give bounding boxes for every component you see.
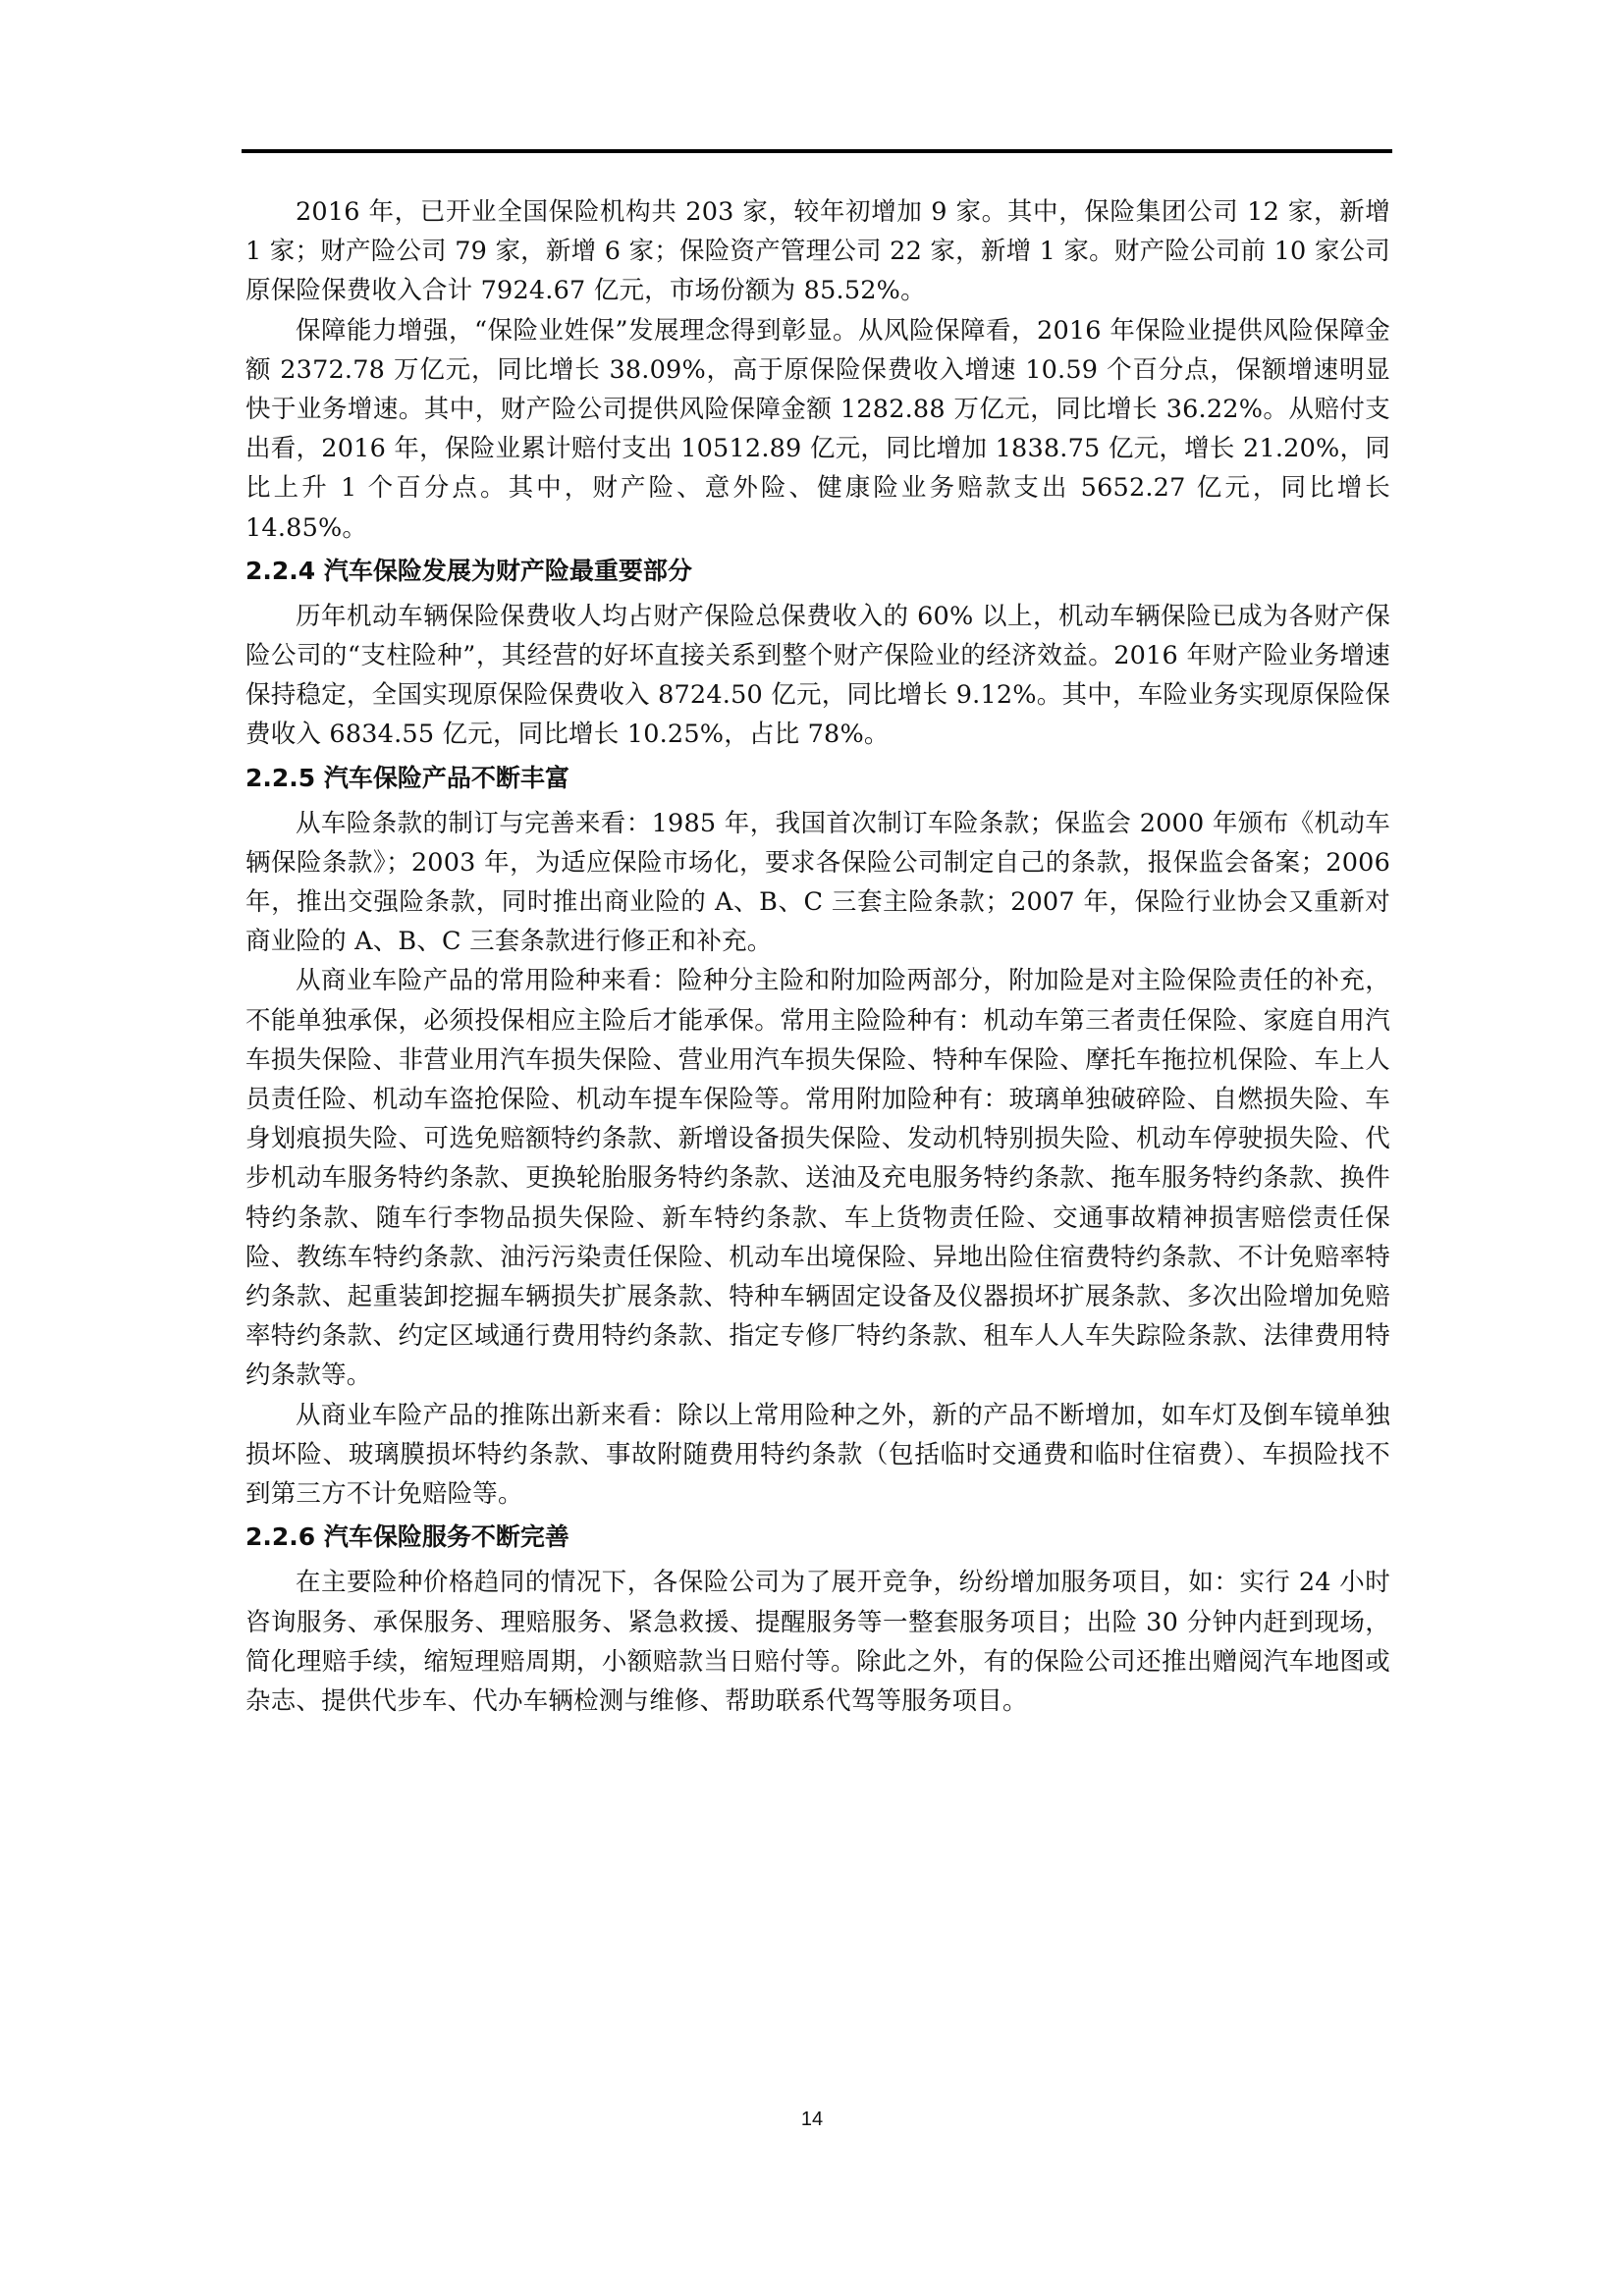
document-body: 2016 年，已开业全国保险机构共 203 家，较年初增加 9 家。其中，保险集… [245,192,1390,1721]
page-number: 14 [0,2109,1624,2131]
section-heading-2-2-5: 2.2.5 汽车保险产品不断丰富 [245,761,1390,796]
paragraph-new-products: 从商业车险产品的推陈出新来看：除以上常用险种之外，新的产品不断增加，如车灯及倒车… [245,1396,1390,1515]
paragraph-protection: 保障能力增强，“保险业姓保”发展理念得到彰显。从风险保障看，2016 年保险业提… [245,311,1390,548]
paragraph-auto-insurance-share: 历年机动车辆保险保费收人均占财产保险总保费收入的 60% 以上，机动车辆保险已成… [245,597,1390,755]
paragraph-common-coverages: 从商业车险产品的常用险种来看：险种分主险和附加险两部分，附加险是对主险保险责任的… [245,961,1390,1395]
paragraph-institutions: 2016 年，已开业全国保险机构共 203 家，较年初增加 9 家。其中，保险集… [245,192,1390,311]
section-heading-2-2-6: 2.2.6 汽车保险服务不断完善 [245,1520,1390,1555]
paragraph-clause-history: 从车险条款的制订与完善来看：1985 年，我国首次制订车险条款；保监会 2000… [245,804,1390,962]
section-heading-2-2-4: 2.2.4 汽车保险发展为财产险最重要部分 [245,554,1390,589]
paragraph-services: 在主要险种价格趋同的情况下，各保险公司为了展开竞争，纷纷增加服务项目，如：实行 … [245,1563,1390,1721]
header-rule [242,149,1392,153]
